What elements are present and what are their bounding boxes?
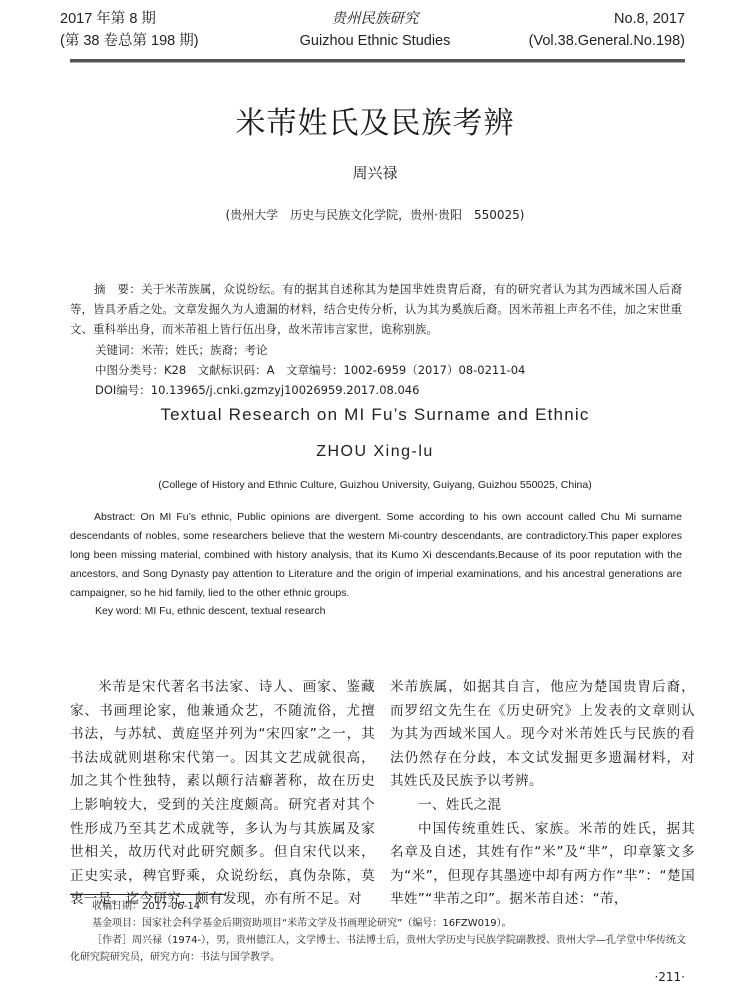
article-title: 米芾姓氏及民族考辨 <box>0 98 750 142</box>
header-issue-info-en: No.8, 2017 (Vol.38.General.No.198) <box>490 8 685 52</box>
abstract-cn-text: 关于米芾族属，众说纷纭。有的据其自述称其为楚国芈姓贵胄后裔，有的研究者认为其为西… <box>70 282 682 336</box>
author-affiliation-en: (College of History and Ethnic Culture, … <box>0 479 750 491</box>
footnote-rule <box>70 894 226 895</box>
keywords-cn: 关键词：米芾；姓氏；族裔；考论 <box>95 340 685 360</box>
footnote-author-bio: ［作者］周兴禄（1974-），男，贵州德江人，文学博士、书法博士后，贵州大学历史… <box>70 932 690 966</box>
doi-info: DOI编号：10.13965/j.cnki.gzmzyj10026959.201… <box>95 380 685 400</box>
abstract-en-label: Abstract: <box>70 511 135 523</box>
issue-year-number: 2017 年第 8 期 <box>60 8 260 30</box>
author-name-en: ZHOU Xing-lu <box>0 443 750 461</box>
header-journal-name: 贵州民族研究 Guizhou Ethnic Studies <box>255 8 495 52</box>
body-paragraph: 米芾族属，如据其自言，他应为楚国贵胄后裔，而罗绍文先生在《历史研究》上发表的文章… <box>390 676 695 794</box>
header-rule <box>70 59 685 63</box>
footnote-fund: 基金项目：国家社会科学基金后期资助项目“米芾文学及书画理论研究”（编号：16FZ… <box>70 915 690 932</box>
body-paragraph: 米芾是宋代著名书法家、诗人、画家、鉴藏家、书画理论家，他兼通众艺，不随流俗，尤擅… <box>70 676 375 912</box>
header-issue-info: 2017 年第 8 期 (第 38 卷总第 198 期) <box>60 8 260 52</box>
page-number: ·211· <box>600 970 685 984</box>
issue-number-en: No.8, 2017 <box>490 8 685 30</box>
article-title-en: Textual Research on MI Fu’s Surname and … <box>0 405 750 425</box>
abstract-cn: 摘 要：关于米芾族属，众说纷纭。有的据其自述称其为楚国芈姓贵胄后裔，有的研究者认… <box>70 279 682 339</box>
abstract-cn-label: 摘 要： <box>70 282 141 296</box>
author-name: 周兴禄 <box>0 162 750 183</box>
abstract-en: Abstract: On MI Fu’s ethnic, Public opin… <box>70 508 682 603</box>
author-affiliation: (贵州大学 历史与民族文化学院，贵州·贵阳 550025) <box>0 206 750 223</box>
body-column-right: 米芾族属，如据其自言，他应为楚国贵胄后裔，而罗绍文先生在《历史研究》上发表的文章… <box>390 676 695 912</box>
abstract-en-text: On MI Fu’s ethnic, Public opinions are d… <box>70 511 682 599</box>
body-column-left: 米芾是宋代著名书法家、诗人、画家、鉴藏家、书画理论家，他兼通众艺，不随流俗，尤擅… <box>70 676 375 912</box>
journal-name-cn: 贵州民族研究 <box>255 8 495 30</box>
section-heading: 一、姓氏之混 <box>390 794 695 818</box>
classification-info: 中图分类号：K28 文献标识码：A 文章编号：1002-6959（2017）08… <box>95 360 685 380</box>
keywords-en: Key word: MI Fu, ethnic descent, textual… <box>95 602 685 621</box>
footnote-received-date: 收稿日期：2017-06-14 <box>70 898 690 915</box>
journal-name-en: Guizhou Ethnic Studies <box>255 30 495 52</box>
issue-volume-en: (Vol.38.General.No.198) <box>490 30 685 52</box>
issue-volume: (第 38 卷总第 198 期) <box>60 30 260 52</box>
